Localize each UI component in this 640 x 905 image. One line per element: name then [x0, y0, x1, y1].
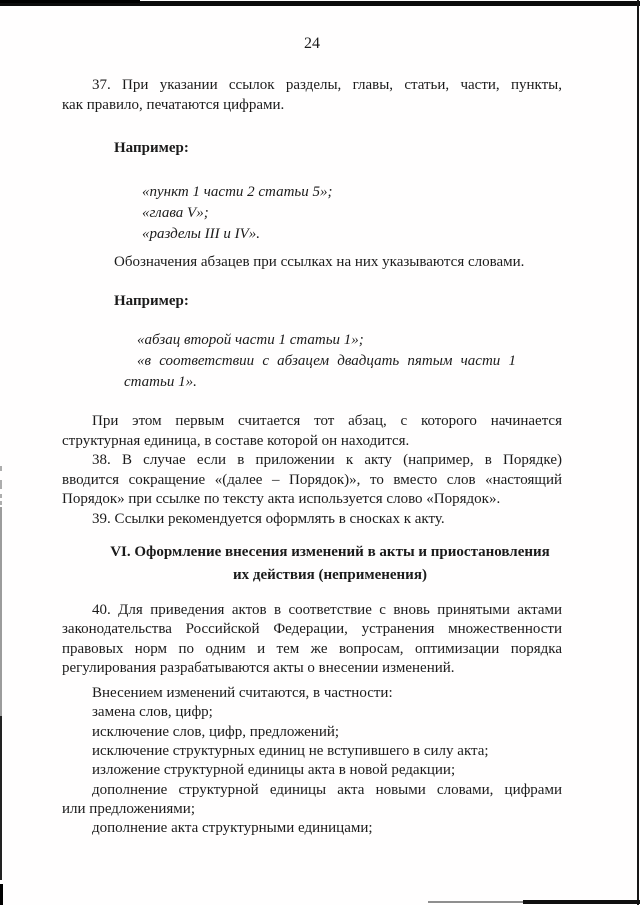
paragraph-38-line: 38. В случае если в приложении к акту (н… — [62, 451, 562, 471]
amendment-list-item: исключение слов, цифр, предложений; — [62, 723, 562, 742]
example-quote: «разделы III и IV». — [142, 224, 562, 245]
paragraph-40-line: законодательства Российской Федерации, у… — [62, 620, 562, 639]
example-label-1: Например: — [62, 139, 562, 159]
left-border-dash — [0, 501, 2, 505]
section-vi-heading-line: VI. Оформление внесения изменений в акты… — [80, 541, 580, 564]
amendment-list-item: или предложениями; — [62, 800, 562, 819]
paragraph-38-line: вводится сокращение «(далее – Порядок)»,… — [62, 471, 562, 491]
amendment-list-item: изложение структурной единицы акта в нов… — [62, 761, 562, 780]
example-quote: статьи 1». — [124, 372, 516, 393]
section-vi-heading: VI. Оформление внесения изменений в акты… — [80, 541, 580, 587]
paragraph-39: 39. Ссылки рекомендуется оформлять в сно… — [62, 510, 562, 530]
left-border-line — [0, 507, 2, 716]
paragraph-first-abzats-line: При этом первым считается тот абзац, с к… — [62, 412, 562, 432]
paragraph-37-line: как правило, печатаются цифрами. — [62, 96, 562, 116]
left-border-dash — [0, 480, 2, 489]
examples-block-1: «пункт 1 части 2 статьи 5»; «глава V»; «… — [62, 182, 562, 245]
bottom-border-line — [428, 901, 523, 903]
amendment-list-item: дополнение акта структурными единицами; — [62, 819, 562, 838]
paragraph-40-line: регулирования разрабатываются акты о вне… — [62, 659, 562, 678]
section-vi-heading-line: их действия (неприменения) — [80, 564, 580, 587]
left-border-line — [0, 716, 2, 880]
amendments-intro: Внесением изменений считаются, в частнос… — [62, 684, 562, 703]
paragraph-38-line: Порядок» при ссылке по тексту акта испол… — [62, 490, 562, 510]
paragraph-first-abzats-line: структурная единица, в составе которой о… — [62, 432, 562, 452]
paragraph-40-line: 40. Для приведения актов в соответствие … — [62, 601, 562, 620]
document-page: 24 37. При указании ссылок разделы, глав… — [0, 0, 640, 905]
example-quote: «в соответствии с абзацем двадцать пятым… — [124, 351, 516, 372]
page-number: 24 — [62, 34, 562, 54]
paragraph-37: 37. При указании ссылок разделы, главы, … — [62, 76, 562, 115]
paragraph-abzats: Обозначения абзацев при ссылках на них у… — [62, 253, 562, 273]
amendment-list-item: дополнение структурной единицы акта новы… — [62, 781, 562, 800]
examples-block-2: «абзац второй части 1 статьи 1»; «в соот… — [124, 330, 516, 393]
example-quote: «абзац второй части 1 статьи 1»; — [124, 330, 516, 351]
top-border-notch — [0, 0, 140, 3]
paragraphs-38-39: При этом первым считается тот абзац, с к… — [62, 412, 562, 529]
example-quote: «пункт 1 части 2 статьи 5»; — [142, 182, 562, 203]
paragraph-40-block: 40. Для приведения актов в соответствие … — [62, 601, 562, 839]
paragraph-37-line: 37. При указании ссылок разделы, главы, … — [62, 76, 562, 96]
left-border-line — [0, 884, 3, 905]
amendment-list-item: исключение структурных единиц не вступив… — [62, 742, 562, 761]
example-label-2: Например: — [62, 292, 562, 312]
left-border-dash — [0, 466, 2, 471]
left-border-dash — [0, 494, 2, 498]
right-border-line — [637, 0, 639, 905]
bottom-border-line — [523, 900, 640, 904]
amendment-list-item: замена слов, цифр; — [62, 703, 562, 722]
example-quote: «глава V»; — [142, 203, 562, 224]
paragraph-40-line: правовых норм по одним и тем же вопросам… — [62, 640, 562, 659]
